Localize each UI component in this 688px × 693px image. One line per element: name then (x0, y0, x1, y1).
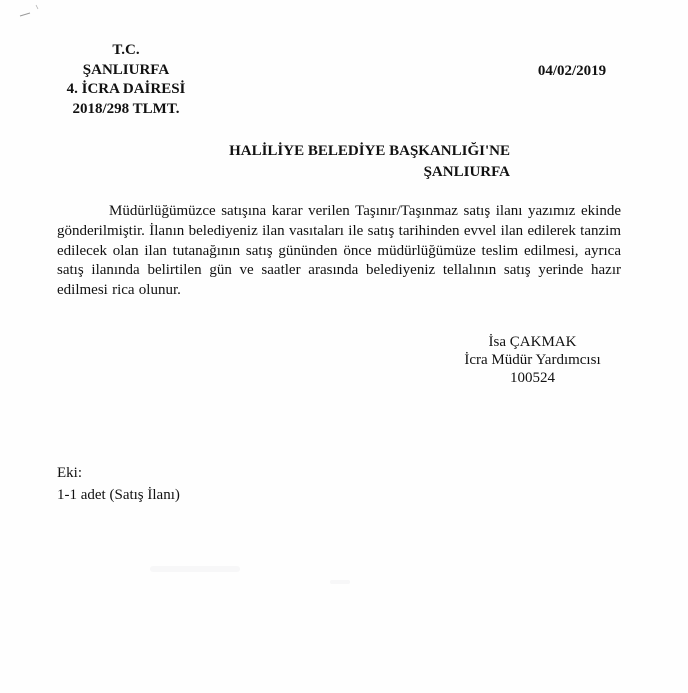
attachment-item: 1-1 adet (Satış İlanı) (57, 484, 180, 506)
header-line-city: ŞANLIURFA (52, 61, 200, 81)
header-line-country: T.C. (52, 41, 200, 61)
issuer-header: T.C. ŞANLIURFA 4. İCRA DAİRESİ 2018/298 … (52, 41, 200, 119)
header-line-office: 4. İCRA DAİRESİ (52, 80, 200, 100)
scan-mark-icon (18, 4, 46, 18)
signatory-id: 100524 (445, 369, 620, 387)
scan-smudge (330, 580, 350, 584)
addressee-name: HALİLİYE BELEDİYE BAŞKANLIĞI'NE (180, 141, 510, 162)
scan-smudge (150, 566, 240, 572)
body-paragraph: Müdürlüğümüzce satışına karar verilen Ta… (57, 202, 621, 301)
attachments-label: Eki: (57, 462, 180, 484)
document-page: T.C. ŞANLIURFA 4. İCRA DAİRESİ 2018/298 … (0, 0, 688, 693)
header-line-file-number: 2018/298 TLMT. (52, 100, 200, 120)
signature-block: İsa ÇAKMAK İcra Müdür Yardımcısı 100524 (445, 333, 620, 387)
document-date: 04/02/2019 (512, 62, 632, 81)
signatory-name: İsa ÇAKMAK (445, 333, 620, 351)
attachments-block: Eki: 1-1 adet (Satış İlanı) (57, 462, 180, 506)
addressee-block: HALİLİYE BELEDİYE BAŞKANLIĞI'NE ŞANLIURF… (180, 141, 510, 183)
signatory-title: İcra Müdür Yardımcısı (445, 351, 620, 369)
addressee-city: ŞANLIURFA (180, 162, 510, 183)
